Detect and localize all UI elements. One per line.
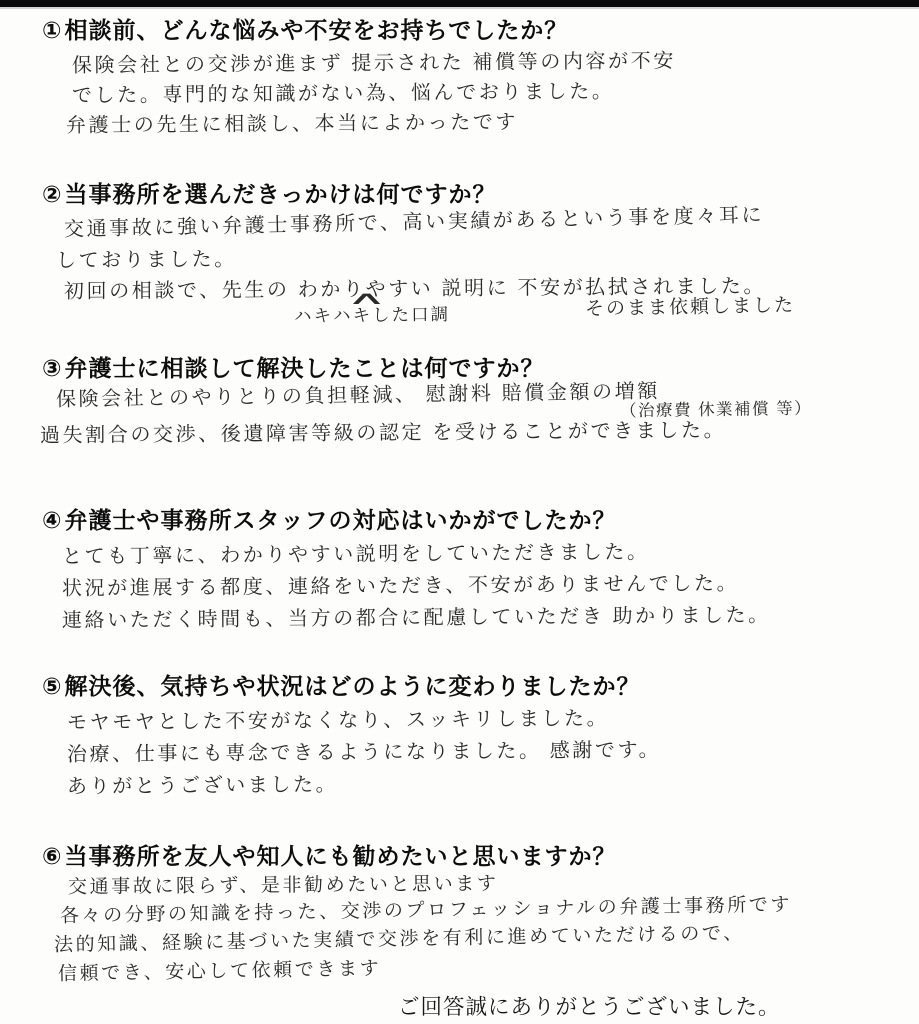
answer-line: 過失割合の交渉、後遺障害等級の認定 を受けることができました。: [40, 414, 910, 451]
question-section-3: ③弁護士に相談して解決したことは何ですか？ 保険会社とのやりとりの負担軽減、 慰…: [42, 350, 910, 470]
question-section-1: ①相談前、どんな悩みや不安をお持ちでしたか？ 保険会社との交渉が進まず 提示され…: [42, 12, 910, 141]
answer-line: 弁護士の先生に相談し、本当によかったです: [66, 104, 910, 141]
question-text: 当事務所を友人や知人にも勧めたいと思いますか？: [64, 843, 616, 869]
question-heading: ⑥当事務所を友人や知人にも勧めたいと思いますか？: [42, 838, 910, 871]
scan-artifact-line: [0, 7, 919, 9]
answer-block: モヤモヤとした不安がなくなり、スッキリしました。 治療、仕事にも専念できるように…: [67, 707, 910, 803]
question-text: 当事務所を選んだきっかけは何ですか？: [64, 181, 496, 207]
question-number: ④: [42, 507, 62, 534]
question-heading: ④弁護士や事務所スタッフの対応はいかがでしたか？: [42, 502, 910, 535]
question-text: 解決後、気持ちや状況はどのように変わりましたか？: [64, 673, 640, 699]
question-number: ⑥: [42, 843, 62, 870]
question-text: 弁護士や事務所スタッフの対応はいかがでしたか？: [64, 507, 616, 533]
answer-block: 保険会社との交渉が進まず 提示された 補償等の内容が不安 でした。専門的な知識が…: [72, 51, 910, 141]
question-number: ②: [42, 181, 62, 208]
answer-line: ありがとうございました。: [67, 764, 910, 803]
answer-block: とても丁寧に、わかりやすい説明をしていただきました。 状況が進展する都度、連絡を…: [62, 541, 910, 637]
question-text: 弁護士に相談して解決したことは何ですか？: [64, 355, 544, 381]
questionnaire-page: ①相談前、どんな悩みや不安をお持ちでしたか？ 保険会社との交渉が進まず 提示され…: [0, 0, 919, 1024]
question-section-4: ④弁護士や事務所スタッフの対応はいかがでしたか？ とても丁寧に、わかりやすい説明…: [42, 502, 910, 637]
question-number: ③: [42, 355, 62, 382]
footer-thanks-text: ご回答誠にありがとうございました。: [398, 990, 781, 1021]
question-heading: ①相談前、どんな悩みや不安をお持ちでしたか？: [42, 12, 910, 45]
question-section-2: ②当事務所を選んだきっかけは何ですか？ 交通事故に強い弁護士事務所で、高い実績が…: [42, 176, 910, 336]
side-note: そのまま依頼しました: [585, 290, 795, 321]
question-section-6: ⑥当事務所を友人や知人にも勧めたいと思いますか？ 交通事故に限らず、是非勧めたい…: [42, 838, 910, 989]
handwritten-annotation: ハキハキした口調: [294, 301, 450, 328]
question-text: 相談前、どんな悩みや不安をお持ちでしたか？: [64, 17, 568, 43]
question-heading: ⑤解決後、気持ちや状況はどのように変わりましたか？: [42, 668, 910, 701]
answer-line: 連絡いただく時間も、当方の都合に配慮していただき 助かりました。: [62, 598, 910, 637]
scan-artifact-bar: [0, 0, 919, 7]
question-number: ①: [42, 17, 62, 44]
question-section-5: ⑤解決後、気持ちや状況はどのように変わりましたか？ モヤモヤとした不安がなくなり…: [42, 668, 910, 803]
answer-block: 交通事故に限らず、是非勧めたいと思います 各々の分野の知識を持った、交渉のプロフ…: [68, 873, 910, 989]
sub-note: （治療費 休業補償 等）: [620, 395, 812, 422]
question-number: ⑤: [42, 673, 62, 700]
